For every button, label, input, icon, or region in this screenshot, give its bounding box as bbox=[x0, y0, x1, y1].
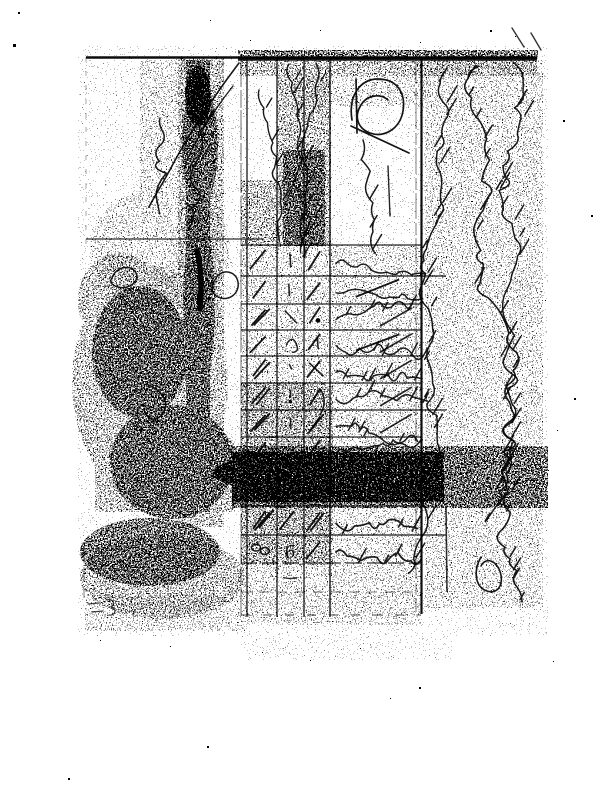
scan-noise-layer bbox=[72, 46, 548, 660]
dust-speck bbox=[310, 660, 311, 661]
dust-speck bbox=[360, 648, 361, 649]
dust-speck bbox=[262, 652, 263, 653]
dust-speck bbox=[548, 470, 549, 471]
dust-speck bbox=[490, 30, 492, 32]
dust-speck bbox=[320, 30, 321, 31]
dust-speck bbox=[563, 120, 565, 122]
dust-speck bbox=[18, 12, 20, 14]
dust-speck bbox=[250, 40, 251, 41]
dust-speck bbox=[13, 44, 16, 47]
dust-speck bbox=[390, 698, 391, 699]
scan-noise-region bbox=[240, 626, 452, 660]
dust-speck bbox=[557, 430, 558, 431]
scanned-document-page: 6 bbox=[0, 0, 612, 792]
dust-speck bbox=[591, 215, 593, 217]
dust-speck bbox=[574, 398, 576, 400]
dust-speck bbox=[545, 300, 546, 301]
dust-speck bbox=[68, 778, 70, 780]
dust-speck bbox=[419, 687, 421, 689]
dust-speck bbox=[533, 480, 535, 482]
dust-speck bbox=[515, 36, 516, 37]
scan-noise-region bbox=[78, 46, 548, 636]
dust-speck bbox=[170, 646, 171, 647]
dust-speck bbox=[207, 746, 209, 748]
scan-canvas: 6 bbox=[0, 0, 612, 792]
dust-speck bbox=[420, 42, 421, 43]
dust-speck bbox=[100, 640, 101, 641]
dust-speck bbox=[553, 661, 554, 662]
dust-speck bbox=[210, 20, 211, 21]
